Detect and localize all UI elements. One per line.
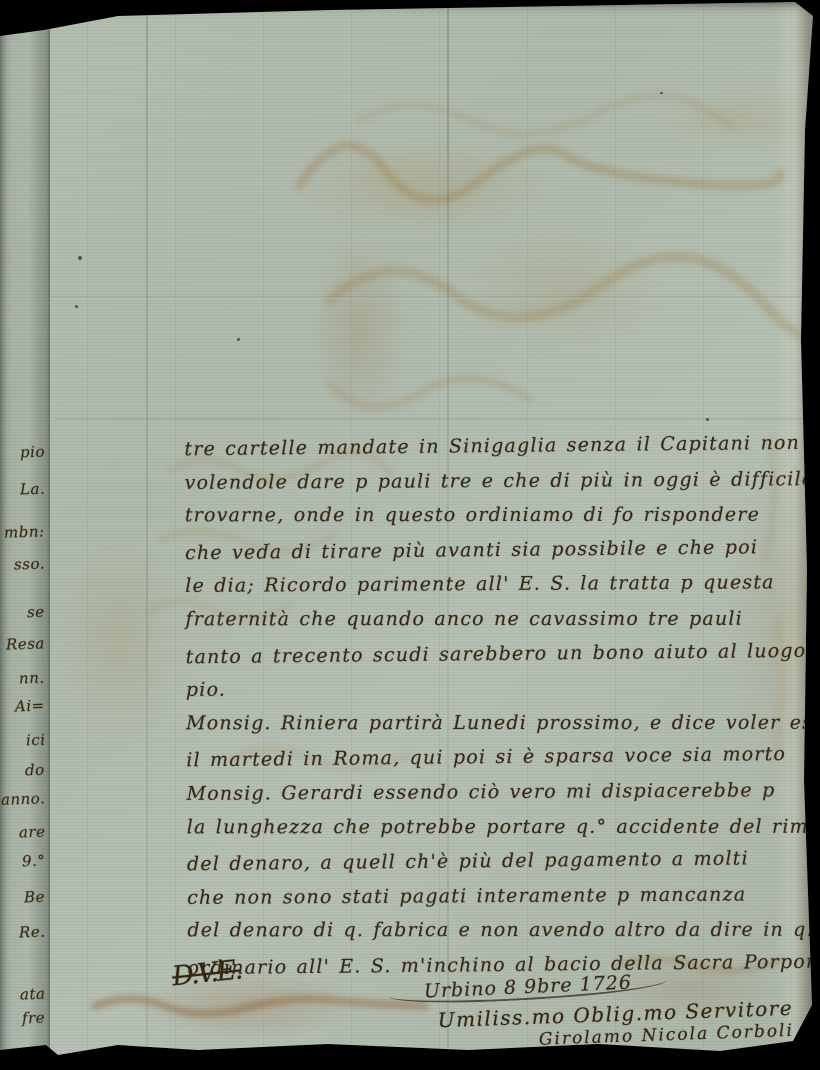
- horizontal-crease: [50, 296, 810, 299]
- adjacent-page-text-fragment: Resa: [6, 634, 45, 653]
- adjacent-page-text-fragment: ici: [25, 731, 45, 750]
- letter-line: tanto a trecento scudi sarebbero un bono…: [186, 633, 814, 674]
- letter-line: che non sono stati pagati interamente p …: [187, 877, 815, 915]
- adjacent-page-text-fragment: fre: [22, 1009, 46, 1028]
- letter-page: pio La. mbn: sso. se Resa nn. Ai= ici do…: [0, 0, 820, 1070]
- adjacent-page-text-fragment: Be: [24, 888, 46, 907]
- letter-line: pio.: [186, 669, 814, 707]
- ink-speck: [660, 92, 663, 94]
- ink-speck: [706, 418, 709, 421]
- letter-body: tre cartelle mandate in Sinigaglia senza…: [184, 427, 815, 984]
- letter-line: del denaro, a quell ch'è più del pagamen…: [187, 841, 815, 882]
- manuscript-photo: pio La. mbn: sso. se Resa nn. Ai= ici do…: [0, 0, 820, 1070]
- ink-speck: [75, 305, 78, 308]
- letter-line: volendole dare p pauli tre e che di più …: [185, 462, 813, 500]
- adjacent-page-text-fragment: mbn:: [4, 522, 45, 541]
- ink-speck: [237, 338, 240, 341]
- signature-block: Umiliss.mo Oblig.mo Servitore Girolamo N…: [438, 996, 795, 1053]
- letter-line: la lunghezza che potrebbe portare q.° ac…: [187, 809, 815, 844]
- letter-line: trovarne, onde in questo ordiniamo di fo…: [185, 498, 813, 533]
- letter-line: il martedi in Roma, qui poi si è sparsa …: [186, 737, 814, 778]
- vertical-crease: [146, 14, 148, 1050]
- adjacent-page-text-fragment: nn.: [19, 669, 45, 688]
- adjacent-page-text-fragment: sso.: [14, 554, 46, 573]
- adjacent-page-text-fragment: se: [27, 603, 45, 622]
- adjacent-page-edge: pio La. mbn: sso. se Resa nn. Ai= ici do…: [0, 28, 50, 1054]
- letter-line: fraternità che quando anco ne cavassimo …: [185, 602, 813, 637]
- closing-initials: D.V.E.: [171, 954, 243, 992]
- ink-speck: [268, 543, 270, 545]
- adjacent-page-text-fragment: La.: [20, 480, 46, 499]
- adjacent-page-text-fragment: Ai=: [15, 696, 45, 715]
- ink-speck: [78, 256, 82, 260]
- adjacent-page-text-fragment: 9.°: [21, 852, 45, 871]
- letter-line: le dia; Ricordo parimente all' E. S. la …: [185, 565, 813, 603]
- adjacent-page-text-fragment: do: [25, 761, 45, 780]
- letter-line: che veda di tirare più avanti sia possib…: [185, 529, 813, 570]
- letter-line: Monsig. Riniera partirà Lunedi prossimo,…: [186, 705, 814, 740]
- adjacent-page-text-fragment: Re.: [18, 923, 45, 942]
- adjacent-page-text-fragment: anno.: [0, 789, 45, 809]
- letter-line: Monsig. Gerardi essendo ciò vero mi disp…: [186, 773, 814, 811]
- adjacent-page-text-fragment: ata: [19, 985, 45, 1004]
- horizontal-crease: [55, 418, 810, 420]
- letter-line: tre cartelle mandate in Sinigaglia senza…: [184, 426, 812, 467]
- adjacent-page-text-fragment: are: [18, 823, 45, 842]
- adjacent-page-text-fragment: pio: [20, 443, 46, 462]
- letter-line: del denaro di q. fabrica e non avendo al…: [187, 913, 815, 948]
